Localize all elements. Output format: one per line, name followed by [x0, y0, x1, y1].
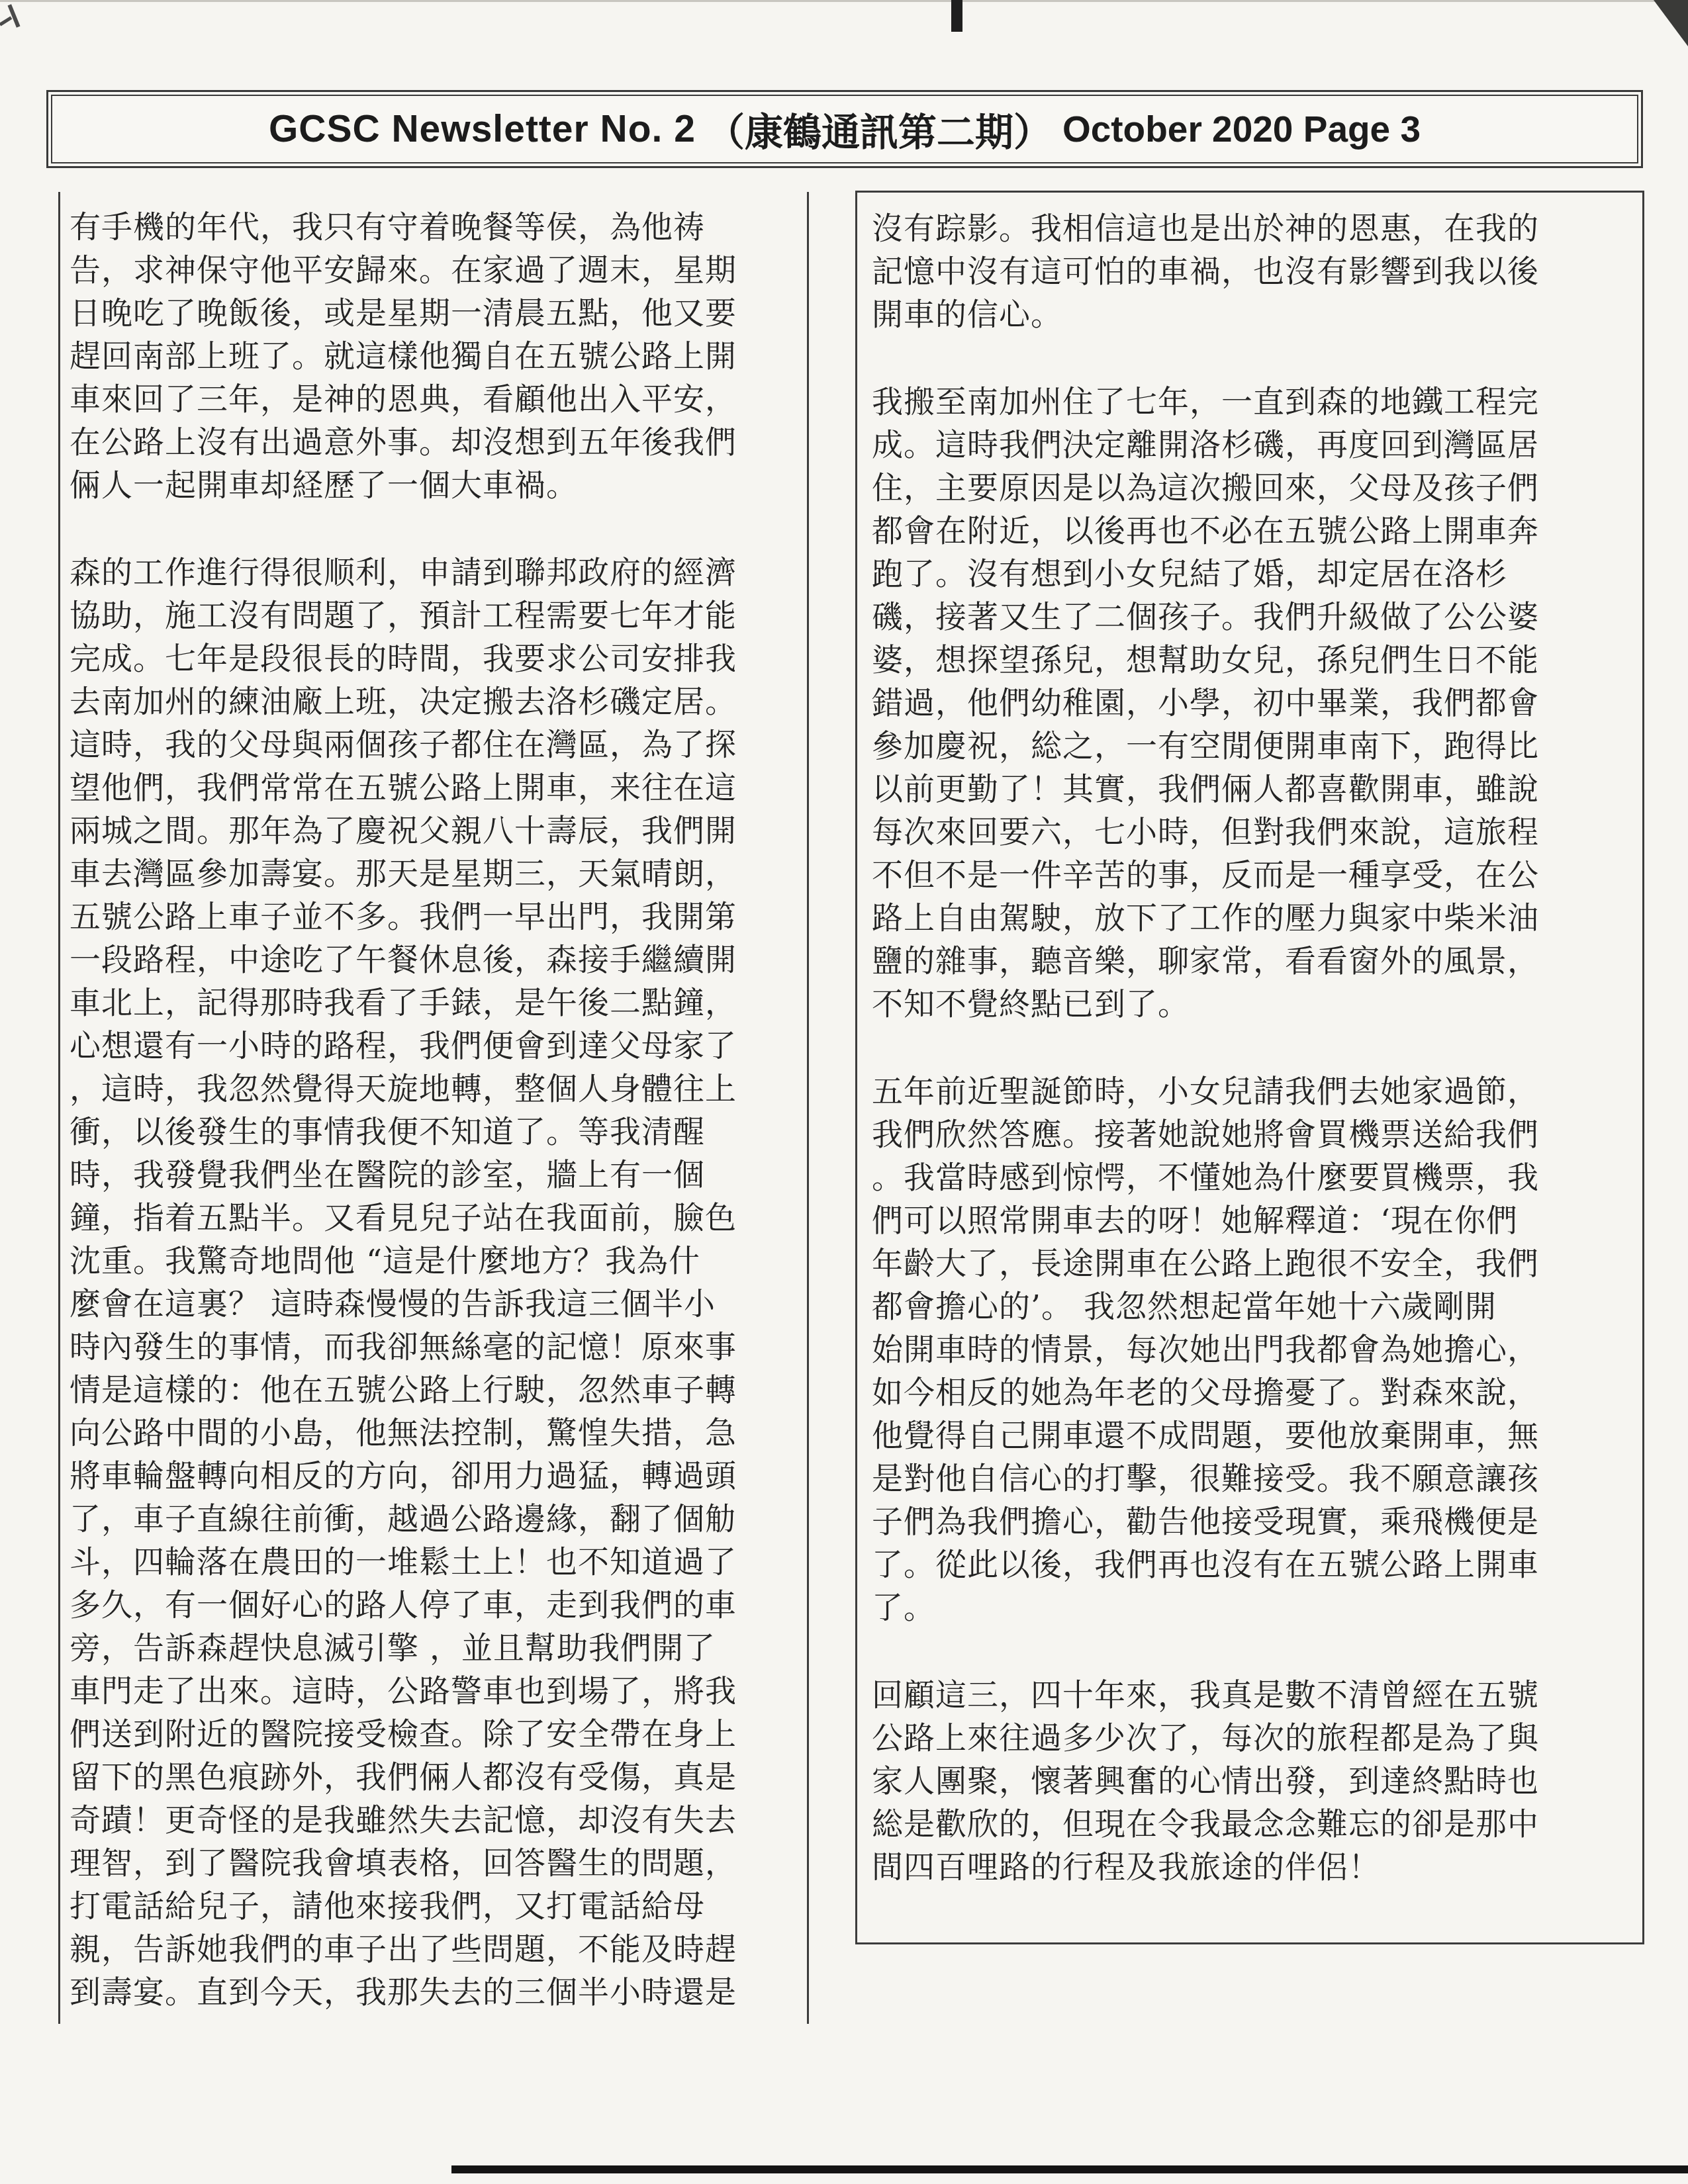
text-line: 記憶中沒有這可怕的車禍，也沒有影響到我以後: [872, 250, 1632, 293]
paragraph: 有手機的年代，我只有守着晚餐等侯，為他祷告，求神保守他平安歸來。在家過了週末，星…: [70, 206, 800, 507]
text-line: 時內發生的事情，而我卻無絲毫的記憶！原來事: [70, 1326, 800, 1369]
newsletter-page: GCSC Newsletter No. 2 （康鶴通訊第二期） October …: [0, 0, 1688, 2184]
text-line: 五號公路上車子並不多。我們一早出門，我開第: [70, 895, 800, 938]
text-line: 們可以照常開車去的呀！她解釋道：‘現在你們: [872, 1199, 1632, 1242]
scan-edge-line: [0, 0, 1688, 2]
text-line: 鹽的雜事，聽音樂，聊家常，看看窗外的風景，: [872, 940, 1632, 983]
text-line: 家人團聚，懷著興奮的心情出發，到達終點時也: [872, 1760, 1632, 1803]
text-line: 子們為我們擔心，勸告他接受現實，乘飛機便是: [872, 1500, 1632, 1543]
text-line: 路上自由駕駛，放下了工作的壓力與家中柴米油: [872, 897, 1632, 940]
paragraph: 五年前近聖誕節時，小女兒請我們去她家過節，我們欣然答應。接著她說她將會買機票送給…: [872, 1070, 1632, 1629]
text-line: 都會在附近，以後再也不必在五號公路上開車奔: [872, 510, 1632, 553]
scan-mark-top-center: [951, 0, 962, 32]
text-line: 回顧這三，四十年來，我真是數不清曾經在五號: [872, 1674, 1632, 1717]
header-box: GCSC Newsletter No. 2 （康鶴通訊第二期） October …: [46, 90, 1643, 168]
text-line: 車來回了三年，是神的恩典，看顧他出入平安，: [70, 378, 800, 421]
text-line: 完成。七年是段很長的時間，我要求公司安排我: [70, 637, 800, 680]
left-column: 有手機的年代，我只有守着晚餐等侯，為他祷告，求神保守他平安歸來。在家過了週末，星…: [58, 192, 809, 2024]
text-line: 打電話給兒子，請他來接我們，又打電話給母: [70, 1885, 800, 1928]
paragraph: 沒有踪影。我相信這也是出於神的恩惠，在我的記憶中沒有這可怕的車禍，也沒有影響到我…: [872, 207, 1632, 336]
text-line: 沈重。我驚奇地問他 “這是什麼地方？我為什: [70, 1240, 800, 1283]
text-line: 麼會在這裏？ 這時森慢慢的告訴我這三個半小: [70, 1283, 800, 1326]
text-line: 一段路程，中途吃了午餐休息後，森接手繼續開: [70, 938, 800, 981]
text-line: 如今相反的她為年老的父母擔憂了。對森來說，: [872, 1371, 1632, 1414]
text-line: 時，我發覺我們坐在醫院的診室，牆上有一個: [70, 1154, 800, 1197]
text-line: 他覺得自己開車還不成問題，要他放棄開車，無: [872, 1414, 1632, 1457]
newsletter-title-chinese: （康鶴通訊第二期）: [706, 101, 1052, 157]
text-line: 車去灣區參加壽宴。那天是星期三，天氣晴朗，: [70, 852, 800, 895]
text-line: 総是歡欣的，但現在令我最念念難忘的卻是那中: [872, 1803, 1632, 1846]
text-line: 年齡大了，長途開車在公路上跑很不安全，我們: [872, 1242, 1632, 1285]
text-line: 了。: [872, 1586, 1632, 1629]
text-line: 了，車子直線往前衝，越過公路邊緣，翻了個觔: [70, 1498, 800, 1541]
text-line: 有手機的年代，我只有守着晚餐等侯，為他祷: [70, 206, 800, 249]
text-line: 協助，施工沒有問題了，預計工程需要七年才能: [70, 594, 800, 637]
text-line: 這時，我的父母與兩個孩子都住在灣區，為了探: [70, 723, 800, 766]
text-line: 倆人一起開車却経歷了一個大車禍。: [70, 464, 800, 507]
text-line: 間四百哩路的行程及我旅途的伴侶！: [872, 1846, 1632, 1889]
text-line: 兩城之間。那年為了慶祝父親八十壽辰，我們開: [70, 809, 800, 852]
text-line: 我搬至南加州住了七年，一直到森的地鐵工程完: [872, 381, 1632, 424]
text-line: 在公路上沒有出過意外事。却沒想到五年後我們: [70, 421, 800, 464]
text-line: 是對他自信心的打擊，很難接受。我不願意讓孩: [872, 1457, 1632, 1500]
text-line: 。我當時感到惊愕，不懂她為什麼要買機票，我: [872, 1156, 1632, 1199]
text-line: 奇蹟！更奇怪的是我雖然失去記憶，却沒有失去: [70, 1799, 800, 1842]
newsletter-date-page: October 2020 Page 3: [1062, 108, 1421, 150]
paragraph: 森的工作進行得很顺利，申請到聯邦政府的經濟協助，施工沒有問題了，預計工程需要七年…: [70, 551, 800, 2014]
text-line: 婆，想探望孫兒，想幫助女兒，孫兒們生日不能: [872, 639, 1632, 682]
text-line: 我們欣然答應。接著她說她將會買機票送給我們: [872, 1113, 1632, 1156]
text-line: 開車的信心。: [872, 293, 1632, 336]
newsletter-title: GCSC Newsletter No. 2: [269, 107, 696, 151]
text-line: 去南加州的練油廠上班，决定搬去洛杉磯定居。: [70, 680, 800, 723]
text-line: 鐘，指着五點半。又看見兒子站在我面前，臉色: [70, 1197, 800, 1240]
scan-mark-top-left-2: [0, 17, 12, 26]
text-line: 了。從此以後，我們再也沒有在五號公路上開車: [872, 1543, 1632, 1586]
text-line: 將車輪盤轉向相反的方向，卻用力過猛，轉過頭: [70, 1455, 800, 1498]
text-line: ，這時，我忽然覺得天旋地轉，整個人身體往上: [70, 1068, 800, 1111]
text-line: 告，求神保守他平安歸來。在家過了週末，星期: [70, 249, 800, 292]
page-title: GCSC Newsletter No. 2 （康鶴通訊第二期） October …: [51, 95, 1638, 163]
scan-mark-bottom-line: [451, 2165, 1688, 2173]
text-line: 斗，四輪落在農田的一堆鬆土上！也不知道過了: [70, 1541, 800, 1584]
text-line: 理智，到了醫院我會填表格，回答醫生的問題，: [70, 1842, 800, 1885]
text-line: 心想還有一小時的路程，我們便會到達父母家了: [70, 1024, 800, 1068]
text-line: 旁，告訴森趕快息滅引擎 ，並且幫助我們開了: [70, 1627, 800, 1670]
text-line: 日晚吃了晚飯後，或是星期一清晨五點，他又要: [70, 292, 800, 335]
text-line: 參加慶祝，総之，一有空閒便開車南下，跑得比: [872, 725, 1632, 768]
text-line: 跑了。沒有想到小女兒結了婚，却定居在洛杉: [872, 553, 1632, 596]
text-line: 每次來回要六，七小時，但對我們來說，這旅程: [872, 811, 1632, 854]
text-line: 趕回南部上班了。就這樣他獨自在五號公路上開: [70, 335, 800, 378]
text-line: 都會擔心的’。 我忽然想起當年她十六歲剛開: [872, 1285, 1632, 1328]
text-line: 以前更勤了！其實，我們倆人都喜歡開車，雖說: [872, 768, 1632, 811]
text-line: 車北上，記得那時我看了手錶，是午後二點鐘，: [70, 981, 800, 1024]
right-column: 沒有踪影。我相信這也是出於神的恩惠，在我的記憶中沒有這可怕的車禍，也沒有影響到我…: [855, 191, 1644, 1944]
text-line: 五年前近聖誕節時，小女兒請我們去她家過節，: [872, 1070, 1632, 1113]
text-line: 留下的黑色痕跡外，我們倆人都沒有受傷，真是: [70, 1756, 800, 1799]
scan-mark-top-right-corner: [1654, 0, 1688, 46]
text-line: 錯過，他們幼稚園，小學，初中畢業，我們都會: [872, 682, 1632, 725]
text-line: 住，主要原因是以為這次搬回來，父母及孩子們: [872, 467, 1632, 510]
text-line: 磯，接著又生了二個孩子。我們升級做了公公婆: [872, 596, 1632, 639]
text-line: 車門走了出來。這時，公路警車也到場了，將我: [70, 1670, 800, 1713]
text-line: 公路上來往過多少次了，每次的旅程都是為了與: [872, 1717, 1632, 1760]
text-line: 不但不是一件辛苦的事，反而是一種享受，在公: [872, 854, 1632, 897]
paragraph: 我搬至南加州住了七年，一直到森的地鐵工程完成。這時我們決定離開洛杉磯，再度回到灣…: [872, 381, 1632, 1026]
text-line: 向公路中間的小島，他無法控制，驚惶失措，急: [70, 1412, 800, 1455]
text-line: 成。這時我們決定離開洛杉磯，再度回到灣區居: [872, 424, 1632, 467]
text-line: 望他們，我們常常在五號公路上開車，来往在這: [70, 766, 800, 809]
text-line: 多久，有一個好心的路人停了車，走到我們的車: [70, 1584, 800, 1627]
text-line: 森的工作進行得很顺利，申請到聯邦政府的經濟: [70, 551, 800, 594]
text-line: 到壽宴。直到今天，我那失去的三個半小時還是: [70, 1971, 800, 2014]
text-line: 們送到附近的醫院接受檢查。除了安全帶在身上: [70, 1713, 800, 1756]
text-line: 始開車時的情景，每次她出門我都會為她擔心，: [872, 1328, 1632, 1371]
text-line: 沒有踪影。我相信這也是出於神的恩惠，在我的: [872, 207, 1632, 250]
text-line: 衝，以後發生的事情我便不知道了。等我清醒: [70, 1111, 800, 1154]
text-line: 情是這樣的：他在五號公路上行駛，忽然車子轉: [70, 1369, 800, 1412]
text-line: 不知不覺終點已到了。: [872, 983, 1632, 1026]
text-line: 親，告訴她我們的車子出了些問題，不能及時趕: [70, 1928, 800, 1971]
paragraph: 回顧這三，四十年來，我真是數不清曾經在五號公路上來往過多少次了，每次的旅程都是為…: [872, 1674, 1632, 1889]
